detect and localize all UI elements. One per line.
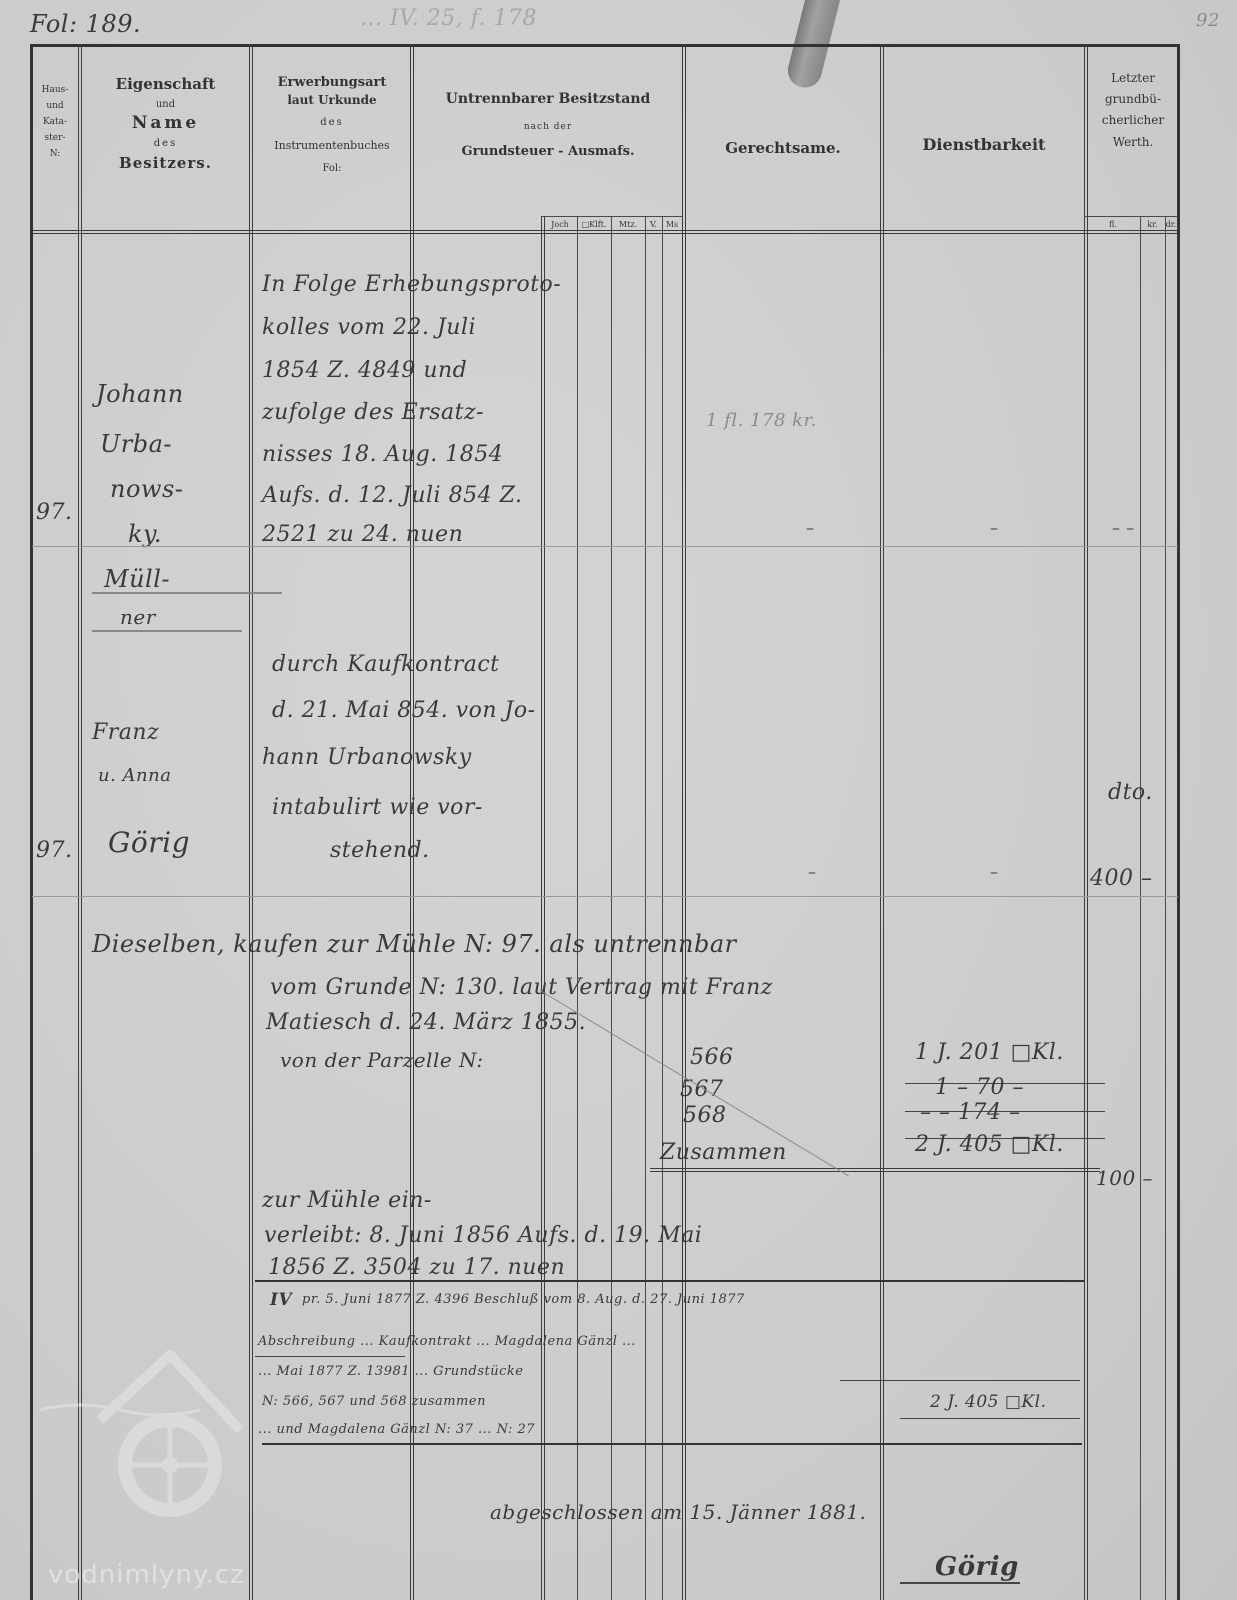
besitzstand-sub-top	[542, 216, 682, 217]
folio-heading: Fol: 189.	[30, 10, 141, 38]
subheader-joch: Joch	[543, 219, 577, 231]
signature-underline	[900, 1582, 1020, 1584]
entry-2-acquisition-line: durch Kaufkontract	[272, 652, 500, 677]
entry-2-dienstbarkeit: –	[990, 862, 999, 881]
entry-1-gerechtsame-pencil: 1 fl. 178 kr.	[706, 410, 817, 431]
sum-price: 100 –	[1096, 1166, 1153, 1190]
header-gerechtsame: Gerechtsame.	[686, 140, 880, 157]
entry-2-acquisition-line: stehend.	[330, 838, 430, 863]
continuation-line: zur Mühle ein-	[262, 1188, 432, 1213]
entry-1-owner-line: nows-	[110, 475, 183, 503]
entry-1-gerechtsame-dash: –	[806, 518, 815, 537]
note-iv-line: pr. 5. Juni 1877 Z. 4396 Beschluß vom 8.…	[302, 1292, 745, 1307]
entry-2-acquisition-line: hann Urbanowsky	[262, 745, 472, 770]
entry-1-acquisition-line: In Folge Erhebungsproto-	[262, 272, 561, 297]
sub-sep-mtz	[611, 216, 612, 1600]
header-erwerbungsart: Erwerbungsart laut Urkunde des Instrumen…	[252, 76, 412, 174]
entry-1-dienstbarkeit: –	[990, 518, 999, 537]
entry-1-owner-line: ky.	[128, 520, 162, 548]
sub-sep-joch	[541, 216, 545, 1600]
col-sep-6	[1084, 44, 1088, 1600]
entry-1-acquisition-line: kolles vom 22. Juli	[262, 315, 476, 340]
page-corner-mark: 92	[1196, 10, 1220, 31]
header-haus-nr: Haus- und Kata- ster- N:	[32, 86, 78, 159]
entry-1-occupation: ner	[120, 605, 156, 629]
entry-2-owner-surname: Görig	[108, 826, 190, 859]
parcels-intro: von der Parzelle N:	[280, 1048, 484, 1072]
combined-entry-line: vom Grunde N: 130. laut Vertrag mit Fran…	[270, 975, 773, 1000]
combined-entry-line: Matiesch d. 24. März 1855.	[266, 1010, 586, 1035]
sub-sep-kr	[1165, 216, 1166, 1600]
table-left-border	[30, 44, 33, 1600]
parcel-number: 567	[680, 1077, 724, 1102]
parcel-number: 566	[690, 1045, 734, 1070]
continuation-line: 1856 Z. 3504 zu 17. nuen	[268, 1255, 565, 1280]
subheader-denar: dr.	[1165, 219, 1177, 231]
entry-1-baseline	[32, 546, 1178, 547]
note-iv-line: Abschreibung ... Kaufkontrakt ... Magdal…	[258, 1334, 636, 1349]
entry-2-acquisition-line: d. 21. Mai 854. von Jo-	[272, 698, 536, 723]
entry-1-value: – –	[1112, 518, 1135, 537]
sub-sep-ms	[662, 216, 663, 1600]
parcel-area: 1 – 70 –	[935, 1075, 1024, 1100]
sum-rule	[650, 1168, 1100, 1172]
table-top-border	[30, 44, 1180, 47]
col-sep-4	[682, 44, 686, 1600]
table-right-border	[1177, 44, 1180, 1600]
entry-1-owner-line: Johann	[96, 380, 184, 408]
watermark-mill-icon	[40, 1350, 300, 1530]
entry-2-value-note: dto.	[1108, 780, 1153, 805]
wert-sub-top	[1084, 216, 1178, 217]
parcel-area: 1 J. 201 □Kl.	[915, 1040, 1064, 1065]
entry-2-acquisition-line: intabulirt wie vor-	[272, 795, 483, 820]
subheader-viertel: V.	[645, 219, 662, 231]
header-dienstbarkeit: Dienstbarkeit	[884, 136, 1084, 154]
sub-sep-fl	[1140, 216, 1141, 1600]
note-iv-top-rule	[255, 1280, 1085, 1282]
sum-area: 2 J. 405 □Kl.	[915, 1132, 1064, 1157]
continuation-line: verleibt: 8. Juni 1856 Aufs. d. 19. Mai	[264, 1223, 702, 1248]
note-iv-bottom-rule	[262, 1443, 1082, 1445]
closing-statement: abgeschlossen am 15. Jänner 1881.	[490, 1500, 866, 1524]
occupation-underline	[92, 630, 242, 632]
entry-2-owner-line: u. Anna	[98, 765, 171, 786]
entry-1-number: 97.	[36, 500, 73, 525]
parcel-number: 568	[683, 1103, 727, 1128]
parcel-area: – – 174 –	[920, 1100, 1020, 1125]
entry-2-gerechtsame: –	[808, 862, 817, 881]
subheader-gulden: fl.	[1086, 219, 1140, 231]
sum-label: Zusammen	[660, 1140, 787, 1165]
entry-2-number: 97.	[36, 838, 73, 863]
entry-2-value: 400 –	[1090, 866, 1152, 891]
subheader-klafter: □Klft.	[577, 219, 611, 231]
document-page: ... IV. 25, f. 178 Fol: 189. 92 Haus- un…	[0, 0, 1237, 1600]
subheader-kreuzer: kr.	[1140, 219, 1165, 231]
sub-sep-klft	[577, 216, 578, 1600]
entry-1-acquisition-line: zufolge des Ersatz-	[262, 400, 484, 425]
note-iv-area: 2 J. 405 □Kl.	[930, 1392, 1046, 1412]
sub-sep-v	[645, 216, 646, 1600]
entry-1-acquisition-line: Aufs. d. 12. Juli 854 Z.	[262, 483, 522, 508]
watermark-text: vodnimlyny.cz	[48, 1560, 245, 1590]
col-sep-5	[880, 44, 884, 1600]
note-iv-label: IV	[270, 1290, 292, 1310]
entry-1-owner-line: Urba-	[100, 430, 172, 458]
occupation-underline	[92, 592, 282, 594]
top-pencil-note: ... IV. 25, f. 178	[360, 6, 537, 31]
header-wert: Letzter grundbü- cherlicher Werth.	[1088, 72, 1178, 149]
entry-2-baseline	[32, 896, 1178, 897]
entry-1-acquisition-line: 1854 Z. 4849 und	[262, 358, 467, 383]
entry-2-owner-line: Franz	[92, 720, 159, 745]
subheader-massel: Ms	[662, 219, 682, 231]
entry-1-occupation: Müll-	[104, 565, 170, 593]
entry-1-acquisition-line: 2521 zu 24. nuen	[262, 522, 463, 547]
closing-signature: Görig	[935, 1552, 1019, 1582]
note-iv-rule	[840, 1380, 1080, 1381]
entry-1-acquisition-line: nisses 18. Aug. 1854	[262, 442, 503, 467]
header-eigenschaft: Eigenschaft und Name des Besitzers.	[82, 76, 249, 172]
header-besitzstand: Untrennbarer Besitzstand nach der Grunds…	[414, 92, 682, 160]
combined-entry-line: Dieselben, kaufen zur Mühle N: 97. als u…	[92, 930, 737, 958]
note-iv-area-rule	[900, 1418, 1080, 1419]
subheader-metzen: Mtz.	[611, 219, 645, 231]
